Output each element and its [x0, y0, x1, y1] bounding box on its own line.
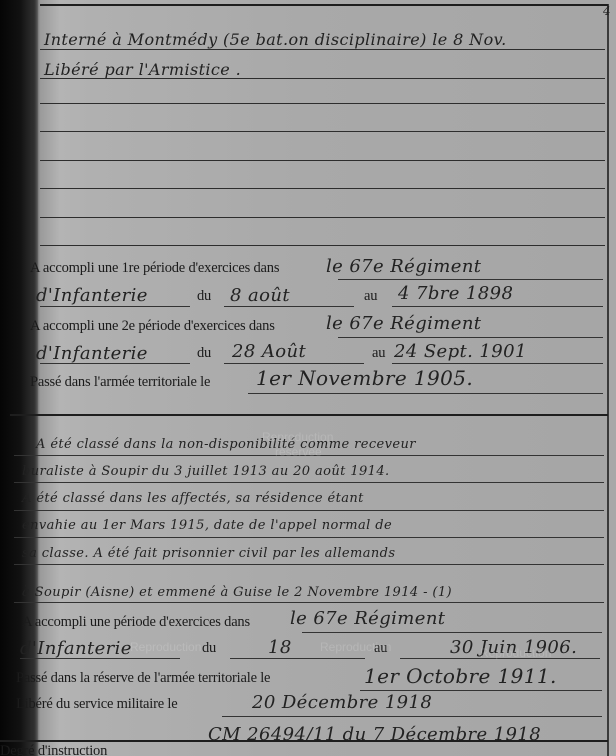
period1-unit: le 67e Régiment: [326, 256, 481, 277]
period2-au-label: au: [372, 345, 385, 362]
period3-label: A accompli une période d'exercices dans: [22, 614, 250, 631]
note-line: sa classe. A été fait prisonnier civil p…: [22, 546, 395, 561]
rule: [40, 160, 605, 161]
note-line: A été classé dans les affectés, sa résid…: [22, 491, 364, 506]
fill-line: [40, 363, 190, 364]
period2-label: A accompli une 2e période d'exercices da…: [30, 318, 275, 335]
watermark: Reproduction: [320, 640, 391, 654]
period1-du-label: du: [197, 288, 211, 305]
territorial-value: 1er Novembre 1905.: [256, 366, 473, 390]
note-line: envahie au 1er Mars 1915, date de l'appe…: [22, 518, 392, 533]
rule: [40, 245, 605, 246]
watermark: réservée: [275, 445, 322, 459]
fill-line: [230, 658, 365, 659]
page-number: 4: [603, 4, 611, 18]
fill-line: [338, 337, 603, 338]
period2-du-label: du: [197, 345, 211, 362]
fill-line: [360, 690, 602, 691]
bottom-rule: [0, 740, 608, 742]
fill-line: [392, 306, 603, 307]
fill-line: [14, 482, 604, 483]
rule: [40, 78, 605, 79]
fill-line: [14, 602, 604, 603]
fill-line: [40, 306, 190, 307]
fill-line: [224, 306, 354, 307]
period1-du-value: 8 août: [230, 285, 290, 306]
fill-line: [302, 632, 602, 633]
top-rule: [40, 4, 608, 6]
fill-line: [248, 393, 603, 394]
reserve-territorial-value: 1er Octobre 1911.: [364, 664, 557, 688]
fill-line: [392, 363, 603, 364]
page-right-edge: [609, 0, 616, 756]
bottom-cut-label: Degré d'instruction: [0, 743, 107, 756]
rule: [40, 103, 605, 104]
fill-line: [14, 564, 604, 565]
rule: [40, 49, 605, 50]
fill-line: [338, 279, 603, 280]
watermark: Reproduction: [262, 430, 333, 444]
rule: [40, 131, 605, 132]
fill-line: [14, 537, 604, 538]
period3-unit-cont: d'Infanterie: [20, 638, 132, 659]
period3-du-value: 18: [268, 637, 292, 658]
territorial-label: Passé dans l'armée territoriale le: [30, 374, 210, 391]
watermark: Reproduction: [480, 646, 551, 660]
period1-au-value: 4 7bre 1898: [398, 283, 513, 304]
liberated-value: 20 Décembre 1918: [252, 692, 432, 713]
note-line: buraliste à Soupir du 3 juillet 1913 au …: [22, 464, 390, 479]
period1-au-label: au: [364, 288, 377, 305]
period2-unit: le 67e Régiment: [326, 313, 481, 334]
period3-du-label: du: [202, 640, 216, 657]
note-line: A été classé dans la non-disponibilité c…: [36, 437, 416, 452]
reserve-territorial-label: Passé dans la réserve de l'armée territo…: [16, 670, 270, 687]
period1-label: A accompli une 1re période d'exercices d…: [30, 260, 279, 277]
fill-line: [14, 510, 604, 511]
top-entry-line2: Libéré par l'Armistice .: [44, 60, 241, 79]
register-page: 4 Interné à Montmédy (5e bat.on discipli…: [0, 0, 616, 756]
period1-unit-cont: d'Infanterie: [36, 285, 148, 306]
rule: [40, 217, 605, 218]
fill-line: [224, 363, 364, 364]
fill-line: [222, 716, 602, 717]
note-line: à Soupir (Aisne) et emmené à Guise le 2 …: [22, 585, 452, 600]
section-divider: [10, 414, 608, 416]
top-entry-line1: Interné à Montmédy (5e bat.on disciplina…: [44, 30, 507, 49]
liberated-label: Libéré du service militaire le: [16, 696, 177, 713]
period2-au-value: 24 Sept. 1901: [394, 341, 527, 362]
period2-du-value: 28 Août: [232, 341, 306, 362]
rule: [40, 188, 605, 189]
fill-line: [20, 658, 180, 659]
period3-unit: le 67e Régiment: [290, 608, 445, 629]
period2-unit-cont: d'Infanterie: [36, 343, 148, 364]
watermark: Reproduction: [130, 640, 201, 654]
